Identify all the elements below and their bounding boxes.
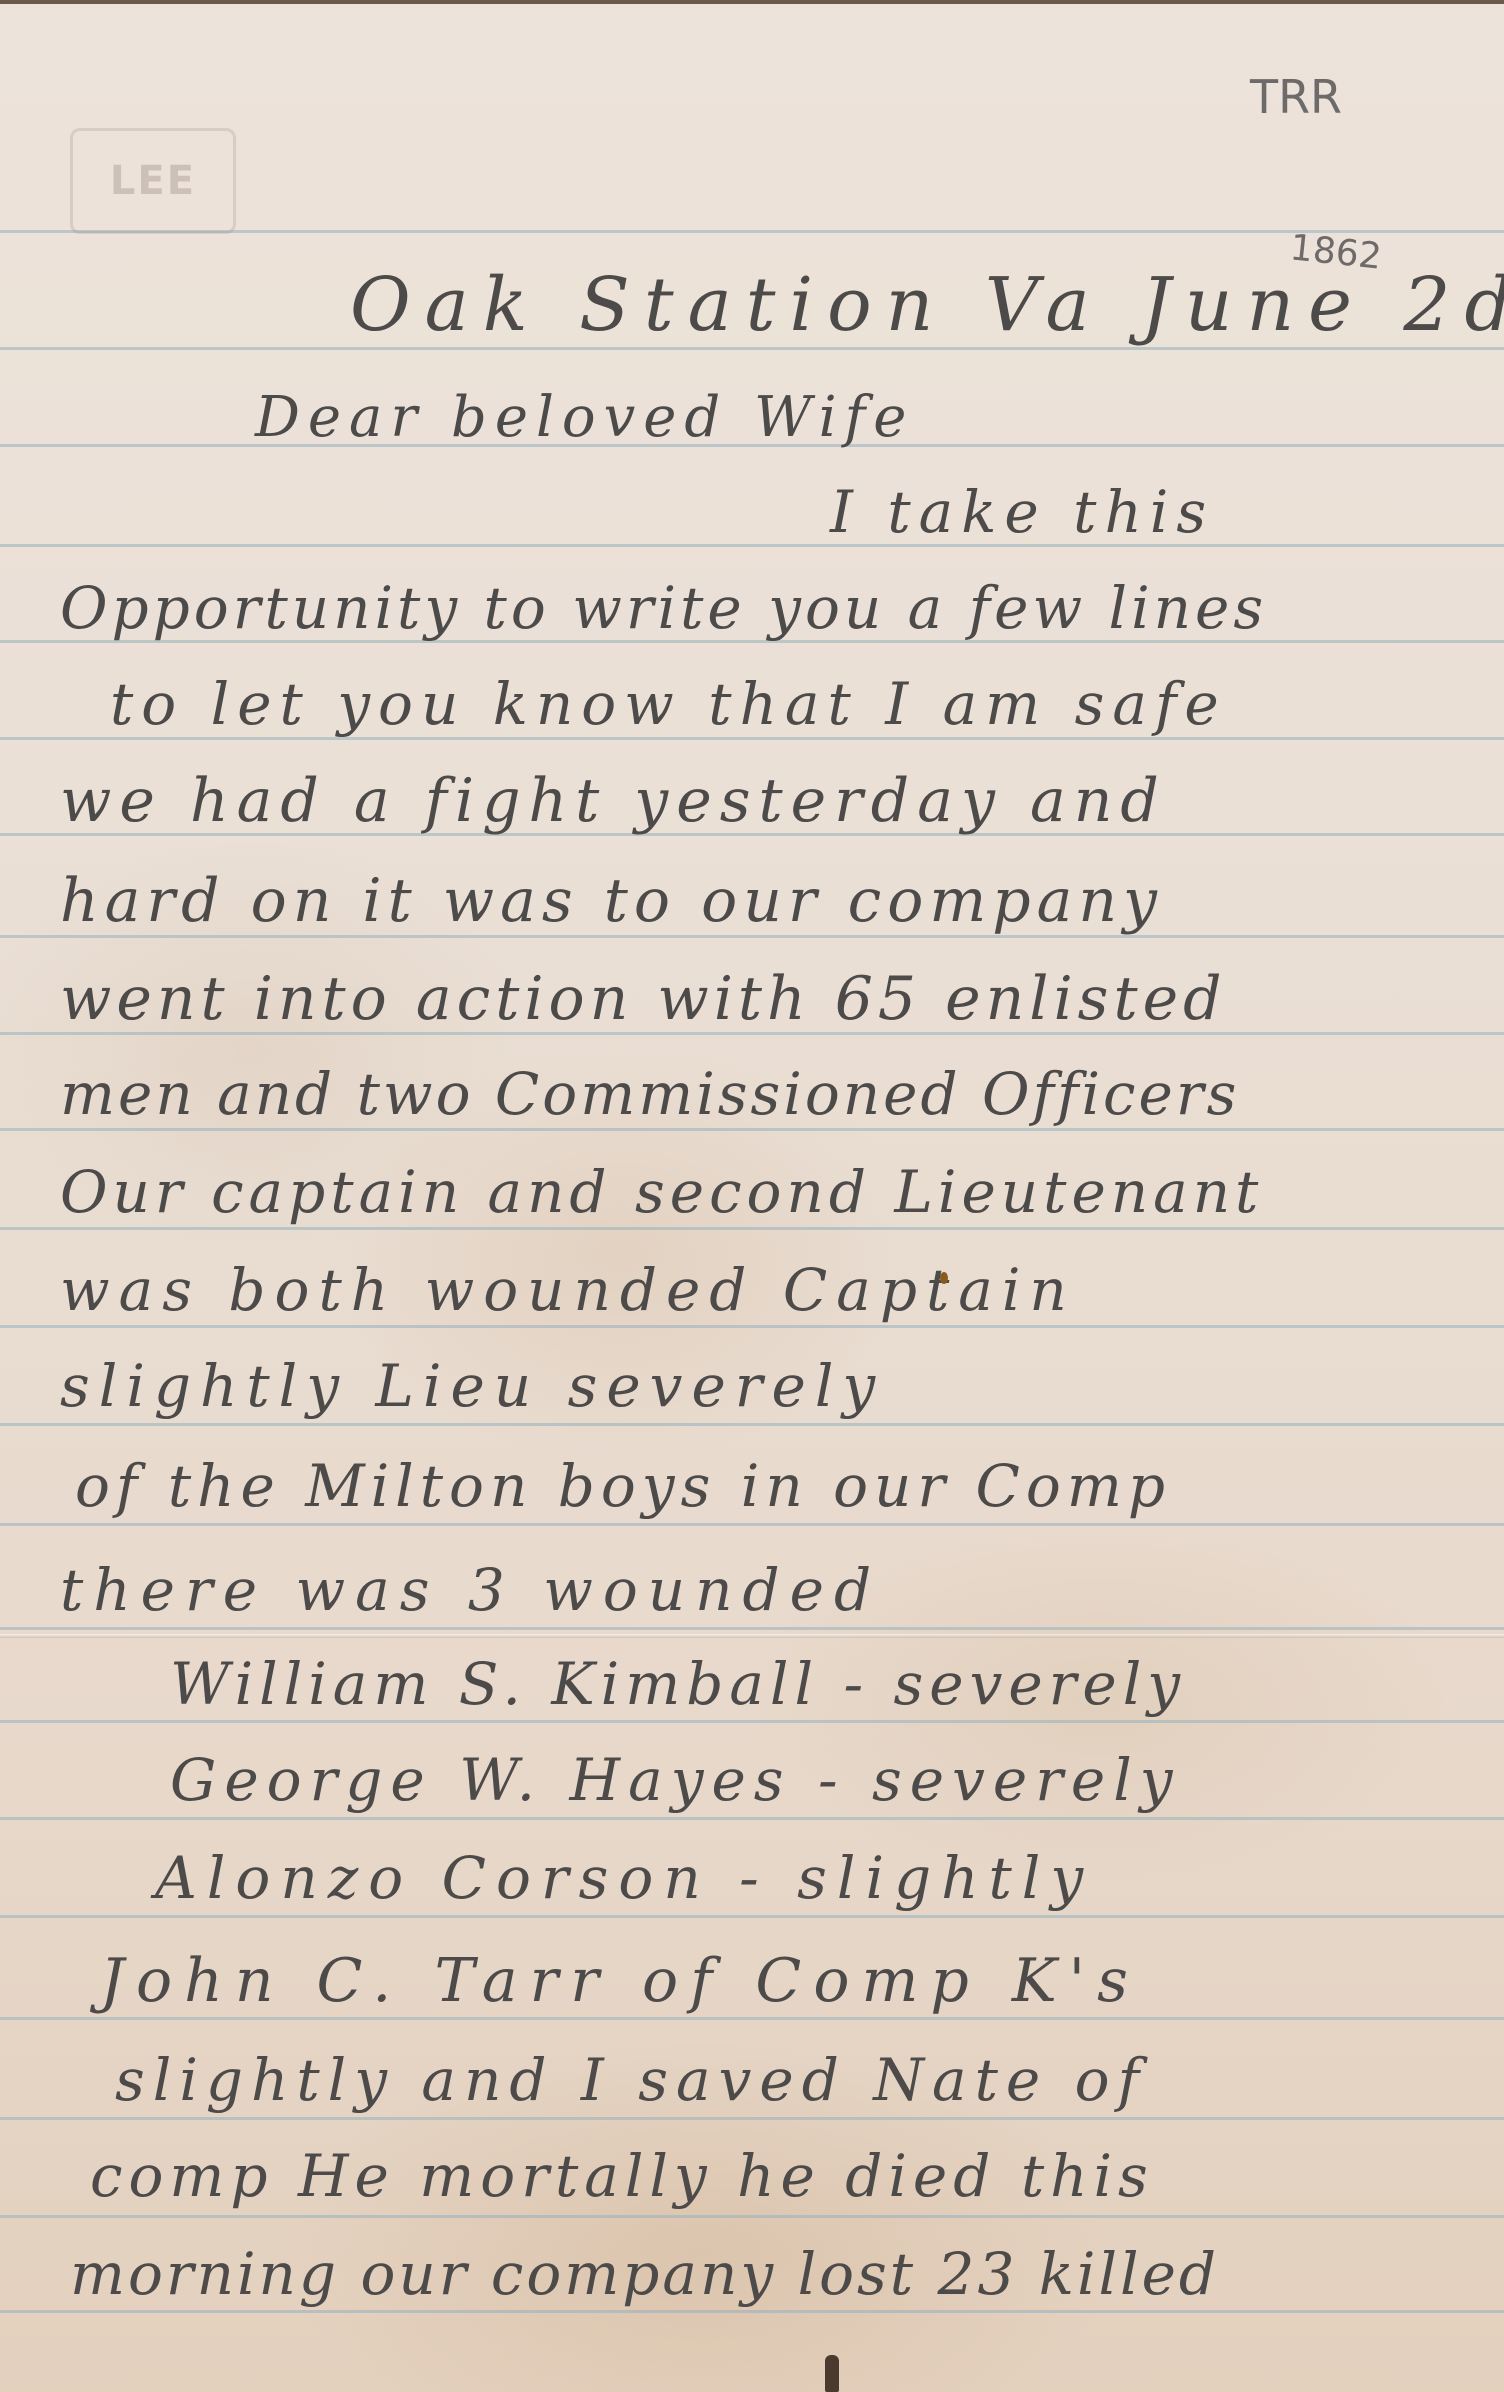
ruled-line	[0, 1325, 1504, 1328]
letter-line-1: I take this	[830, 478, 1214, 546]
ruled-line	[0, 1720, 1504, 1723]
place-date-heading: Oak Station Va June 2d	[350, 262, 1504, 348]
ink-spot	[940, 1272, 948, 1284]
letter-line-10: slightly Lieu severely	[60, 1352, 884, 1420]
letter-line-5: hard on it was to our company	[60, 866, 1163, 936]
letter-line-14: George W. Hayes - severely	[170, 1746, 1181, 1814]
ruled-line	[0, 2215, 1504, 2218]
letter-line-6: went into action with 65 enlisted	[60, 964, 1226, 1034]
letter-line-9: was both wounded Captain	[60, 1256, 1076, 1324]
page-top-edge	[0, 0, 1504, 4]
ink-blot	[825, 2355, 839, 2392]
letter-line-2: Opportunity to write you a few lines	[60, 574, 1267, 642]
letter-line-16: John C. Tarr of Comp K's	[100, 1946, 1140, 2016]
letter-line-7: men and two Commissioned Officers	[60, 1060, 1239, 1128]
letter-line-3: to let you know that I am safe	[110, 670, 1227, 738]
fold-crease	[0, 1634, 1504, 1638]
ruled-line	[0, 2310, 1504, 2313]
ruled-line	[0, 1128, 1504, 1131]
salutation: Dear beloved Wife	[255, 385, 914, 450]
letter-line-19: morning our company lost 23 killed	[70, 2240, 1219, 2308]
ruled-line	[0, 1915, 1504, 1918]
letter-line-11: of the Milton boys in our Comp	[75, 1452, 1171, 1520]
embossed-stamp: LEE	[70, 128, 236, 234]
letter-line-18: comp He mortally he died this	[90, 2142, 1154, 2210]
letter-line-8: Our captain and second Lieutenant	[60, 1158, 1263, 1226]
letter-line-15: Alonzo Corson - slightly	[155, 1844, 1093, 1912]
letter-line-4: we had a fight yesterday and	[60, 766, 1167, 836]
letter-page: LEE TRR 1862 Oak Station Va June 2d Dear…	[0, 0, 1504, 2392]
ruled-line	[0, 2017, 1504, 2020]
ruled-line	[0, 1817, 1504, 1820]
ruled-line	[0, 1627, 1504, 1630]
ruled-line	[0, 1423, 1504, 1426]
ruled-line	[0, 1523, 1504, 1526]
archive-mark: TRR	[1250, 70, 1342, 124]
ruled-line	[0, 544, 1504, 547]
letter-line-17: slightly and I saved Nate of	[115, 2046, 1147, 2114]
letter-line-13: William S. Kimball - severely	[170, 1650, 1186, 1718]
letter-line-12: there was 3 wounded	[60, 1556, 881, 1624]
ruled-line	[0, 1227, 1504, 1230]
ruled-line	[0, 2117, 1504, 2120]
